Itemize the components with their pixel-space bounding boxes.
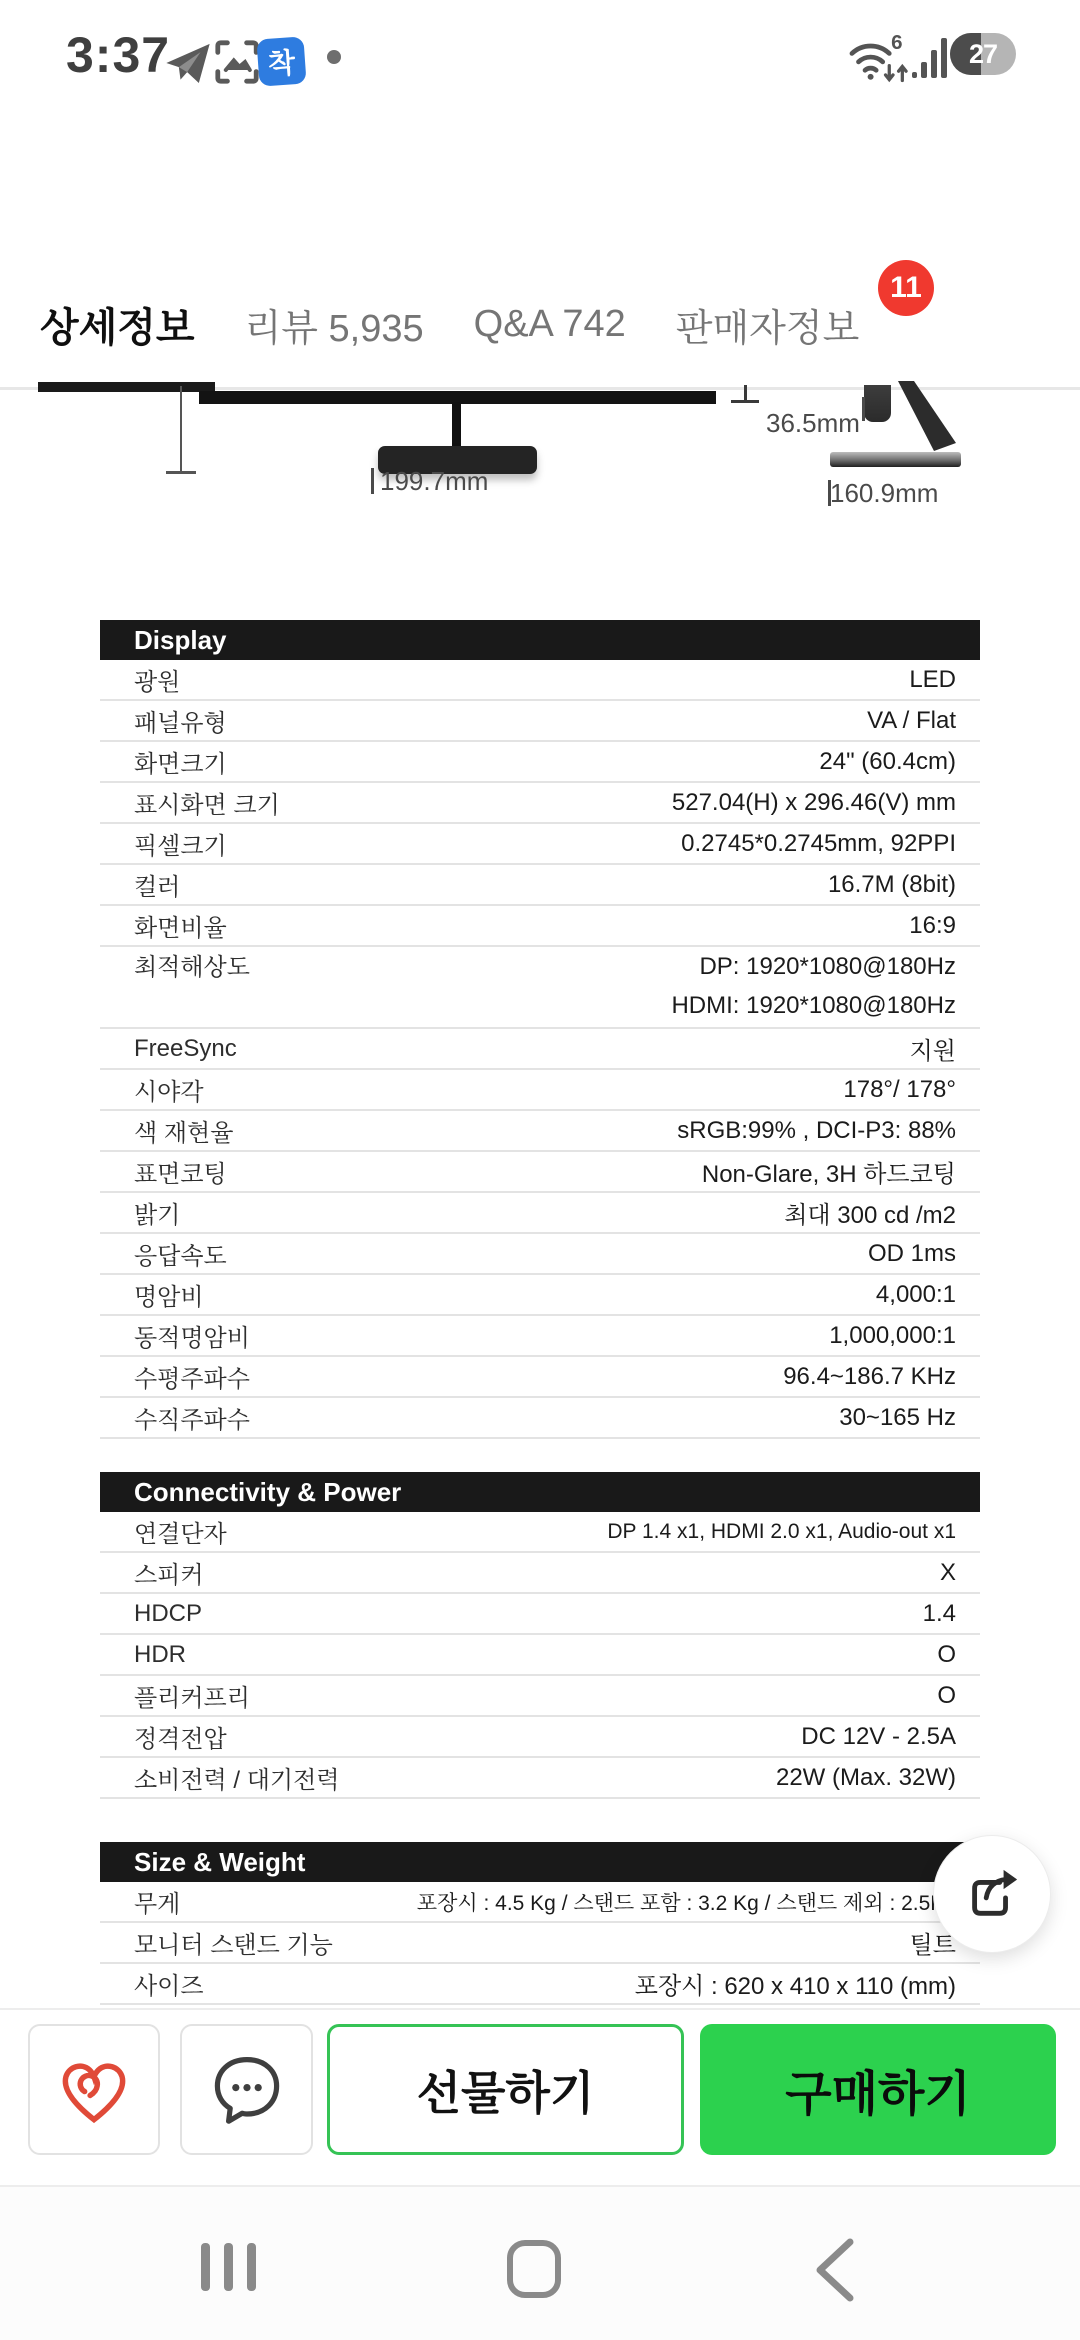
spec-row: 표면코팅Non-Glare, 3H 하드코팅 bbox=[100, 1152, 980, 1193]
spec-row: 응답속도OD 1ms bbox=[100, 1234, 980, 1275]
tab-reviews[interactable]: 리뷰 5,935 bbox=[245, 297, 424, 352]
monitor-bottom-edge-far bbox=[38, 382, 215, 392]
spec-label: 명암비 bbox=[134, 1277, 204, 1312]
spec-label: 패널유형 bbox=[134, 703, 227, 738]
spec-row: 컬러16.7M (8bit) bbox=[100, 865, 980, 906]
spec-row: 화면비율16:9 bbox=[100, 906, 980, 947]
spec-row: 수직주파수30~165 Hz bbox=[100, 1398, 980, 1439]
battery-indicator: 27 bbox=[950, 33, 1016, 75]
spec-value: 지원 bbox=[237, 1031, 956, 1066]
spec-value: 1.4 bbox=[202, 1600, 956, 1628]
spec-label: 광원 bbox=[134, 662, 180, 697]
app-header: N 좋은컴퓨터를만드는사람들 한성컴퓨터 11 bbox=[0, 110, 1080, 265]
spec-value: 30~165 Hz bbox=[250, 1404, 956, 1432]
spec-label: 연결단자 bbox=[134, 1514, 227, 1549]
spec-row: 스피커X bbox=[100, 1553, 980, 1594]
spec-row: 사이즈포장시 : 620 x 410 x 110 (mm) bbox=[100, 1964, 980, 2005]
spec-value: LED bbox=[180, 666, 956, 694]
tab-qna[interactable]: Q&A 742 bbox=[474, 303, 626, 346]
share-icon bbox=[963, 1865, 1021, 1923]
spec-label: 사이즈 bbox=[134, 1966, 204, 2001]
purchase-action-bar: 선물하기 구매하기 bbox=[0, 2008, 1080, 2185]
spec-value: DP 1.4 x1, HDMI 2.0 x1, Audio-out x1 bbox=[227, 1520, 956, 1544]
spec-label: 무게 bbox=[134, 1884, 180, 1919]
spec-value: 4,000:1 bbox=[204, 1281, 956, 1309]
spec-label: 표면코팅 bbox=[134, 1154, 227, 1189]
telegram-notification-icon bbox=[163, 38, 213, 88]
gift-button[interactable]: 선물하기 bbox=[327, 2024, 684, 2155]
spec-row: 색 재현율sRGB:99% , DCI-P3: 88% bbox=[100, 1111, 980, 1152]
spec-value: 16:9 bbox=[227, 912, 956, 940]
spec-row: 연결단자DP 1.4 x1, HDMI 2.0 x1, Audio-out x1 bbox=[100, 1512, 980, 1553]
signal-strength-icon bbox=[912, 36, 948, 80]
svg-text:6: 6 bbox=[891, 32, 902, 54]
spec-label: 시야각 bbox=[134, 1072, 204, 1107]
stand-width-label: 199.7mm bbox=[371, 466, 497, 497]
spec-row: 광원LED bbox=[100, 660, 980, 701]
spec-value: VA / Flat bbox=[227, 707, 956, 735]
chat-bubble-icon bbox=[207, 2050, 287, 2130]
spec-value: 틸트 bbox=[333, 1925, 956, 1960]
spec-label: 표시화면 크기 bbox=[134, 785, 280, 820]
spec-value: 16.7M (8bit) bbox=[180, 871, 956, 899]
chat-inquiry-button[interactable] bbox=[180, 2024, 313, 2155]
spec-label: 응답속도 bbox=[134, 1236, 227, 1271]
spec-label: 정격전압 bbox=[134, 1719, 227, 1754]
buy-button[interactable]: 구매하기 bbox=[700, 2024, 1056, 2155]
spec-label: 동적명암비 bbox=[134, 1318, 250, 1353]
spec-value: 0.2745*0.2745mm, 92PPI bbox=[227, 830, 956, 858]
screenshot-notification-icon bbox=[213, 38, 261, 86]
spec-row: HDRO bbox=[100, 1635, 980, 1676]
spec-value: O bbox=[250, 1682, 956, 1710]
spec-value: 24" (60.4cm) bbox=[227, 748, 956, 776]
spec-value: Non-Glare, 3H 하드코팅 bbox=[227, 1154, 956, 1189]
spec-row: 표시화면 크기527.04(H) x 296.46(V) mm bbox=[100, 783, 980, 824]
spec-label: 화면비율 bbox=[134, 908, 227, 943]
spec-value: DP: 1920*1080@180HzHDMI: 1920*1080@180Hz bbox=[250, 947, 956, 1025]
spec-row: FreeSync지원 bbox=[100, 1029, 980, 1070]
spec-row: HDCP1.4 bbox=[100, 1594, 980, 1635]
spec-label: 모니터 스탠드 기능 bbox=[134, 1925, 333, 1960]
spec-value: X bbox=[204, 1559, 956, 1587]
nav-back-button[interactable] bbox=[812, 2237, 858, 2303]
spec-label: HDR bbox=[134, 1641, 186, 1669]
spec-row: 정격전압DC 12V - 2.5A bbox=[100, 1717, 980, 1758]
heart-icon bbox=[53, 2051, 135, 2129]
spec-row: 무게포장시 : 4.5 Kg / 스탠드 포함 : 3.2 Kg / 스탠드 제… bbox=[100, 1882, 980, 1923]
tab-seller-info[interactable]: 판매자정보 bbox=[676, 297, 860, 352]
chak-app-notification-icon: 착 bbox=[256, 36, 306, 86]
share-button[interactable] bbox=[933, 1835, 1051, 1953]
nav-back-icon bbox=[812, 2237, 858, 2303]
spec-value: OD 1ms bbox=[227, 1240, 956, 1268]
dimension-tick bbox=[744, 385, 747, 400]
monitor-side-stand-arm bbox=[884, 381, 960, 457]
spec-label: 밝기 bbox=[134, 1195, 180, 1230]
spec-value: 1,000,000:1 bbox=[250, 1322, 956, 1350]
spec-value: 포장시 : 620 x 410 x 110 (mm) bbox=[204, 1966, 956, 2001]
status-bar: 3:37 착 6 bbox=[0, 0, 1080, 110]
dimension-tick bbox=[731, 400, 759, 403]
spec-value: 527.04(H) x 296.46(V) mm bbox=[280, 789, 956, 817]
spec-label: 픽셀크기 bbox=[134, 826, 227, 861]
spec-row: 명암비4,000:1 bbox=[100, 1275, 980, 1316]
spec-row: 플리커프리O bbox=[100, 1676, 980, 1717]
spec-section-connectivity-power: Connectivity & Power연결단자DP 1.4 x1, HDMI … bbox=[100, 1472, 980, 1799]
spec-row: 동적명암비1,000,000:1 bbox=[100, 1316, 980, 1357]
spec-section-title: Connectivity & Power bbox=[100, 1472, 980, 1512]
spec-value: sRGB:99% , DCI-P3: 88% bbox=[233, 1117, 956, 1145]
monitor-stand-pole bbox=[452, 402, 461, 449]
system-navigation-bar bbox=[0, 2185, 1080, 2340]
spec-section-size-weight: Size & Weight무게포장시 : 4.5 Kg / 스탠드 포함 : 3… bbox=[100, 1842, 980, 2005]
spec-label: 스피커 bbox=[134, 1555, 204, 1590]
home-button[interactable] bbox=[507, 2240, 561, 2298]
spec-value: O bbox=[186, 1641, 956, 1669]
clock: 3:37 bbox=[66, 26, 170, 84]
spec-value: 96.4~186.7 KHz bbox=[250, 1363, 956, 1391]
more-notifications-dot-icon bbox=[327, 50, 341, 64]
monitor-side-base bbox=[830, 452, 961, 467]
spec-row: 패널유형VA / Flat bbox=[100, 701, 980, 742]
spec-row: 밝기최대 300 cd /m2 bbox=[100, 1193, 980, 1234]
phone-screen: 3:37 착 6 bbox=[0, 0, 1080, 2340]
spec-row: 소비전력 / 대기전력22W (Max. 32W) bbox=[100, 1758, 980, 1799]
spec-label: FreeSync bbox=[134, 1035, 237, 1063]
height-dimension-line bbox=[180, 386, 182, 471]
spec-row: 픽셀크기0.2745*0.2745mm, 92PPI bbox=[100, 824, 980, 865]
tab-detail-info[interactable]: 상세정보 bbox=[40, 296, 195, 353]
spec-section-title: Display bbox=[100, 620, 980, 660]
spec-label: 컬러 bbox=[134, 867, 180, 902]
spec-section-display: Display광원LED패널유형VA / Flat화면크기24" (60.4cm… bbox=[100, 620, 980, 1439]
spec-label: 수직주파수 bbox=[134, 1400, 250, 1435]
recent-apps-button[interactable] bbox=[201, 2243, 256, 2291]
spec-section-title: Size & Weight bbox=[100, 1842, 980, 1882]
wishlist-button[interactable] bbox=[28, 2024, 160, 2155]
spec-label: 색 재현율 bbox=[134, 1113, 233, 1148]
spec-row: 시야각178°/ 178° bbox=[100, 1070, 980, 1111]
spec-value: 178°/ 178° bbox=[204, 1076, 956, 1104]
spec-label: 수평주파수 bbox=[134, 1359, 250, 1394]
spec-row: 최적해상도DP: 1920*1080@180HzHDMI: 1920*1080@… bbox=[100, 947, 980, 1029]
base-depth-label: 160.9mm bbox=[828, 478, 940, 509]
spec-label: 최적해상도 bbox=[134, 947, 250, 988]
dimension-tick bbox=[166, 471, 196, 474]
spec-value: 최대 300 cd /m2 bbox=[180, 1195, 956, 1230]
spec-row: 모니터 스탠드 기능틸트 bbox=[100, 1923, 980, 1964]
spec-label: 화면크기 bbox=[134, 744, 227, 779]
spec-value: 22W (Max. 32W) bbox=[339, 1764, 956, 1792]
spec-value: DC 12V - 2.5A bbox=[227, 1723, 956, 1751]
product-dimension-image: 199.7mm 36.5mm 160.9mm bbox=[0, 381, 1080, 531]
spec-label: HDCP bbox=[134, 1600, 202, 1628]
battery-percent: 27 bbox=[950, 33, 1016, 75]
spec-value: 포장시 : 4.5 Kg / 스탠드 포함 : 3.2 Kg / 스탠드 제외 … bbox=[180, 1887, 956, 1917]
spec-label: 플리커프리 bbox=[134, 1678, 250, 1713]
wifi6-icon: 6 bbox=[846, 32, 912, 88]
spec-row: 화면크기24" (60.4cm) bbox=[100, 742, 980, 783]
top-depth-label: 36.5mm bbox=[766, 408, 860, 439]
spec-row: 수평주파수96.4~186.7 KHz bbox=[100, 1357, 980, 1398]
cart-badge: 11 bbox=[878, 260, 934, 316]
spec-label: 소비전력 / 대기전력 bbox=[134, 1760, 339, 1795]
